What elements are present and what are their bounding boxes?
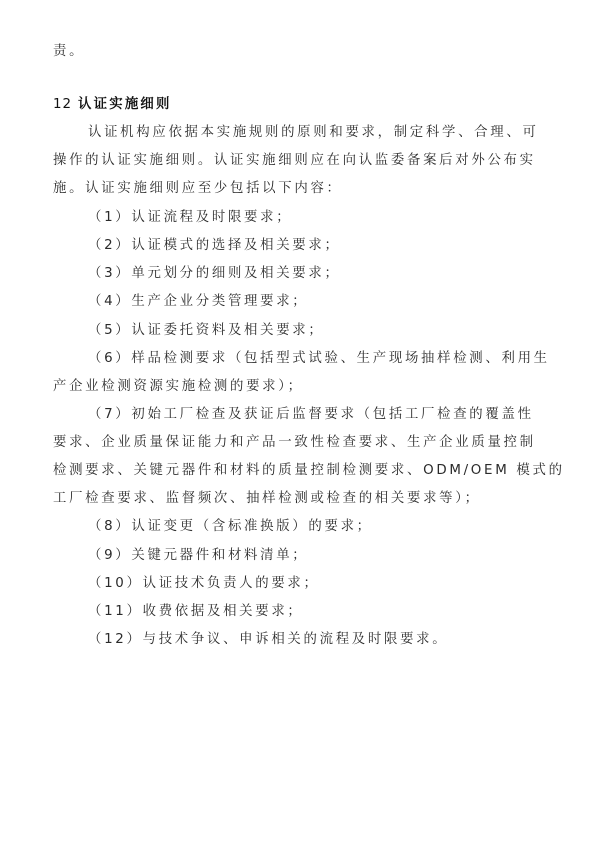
list-item-12: （12）与技术争议、申诉相关的流程及时限要求。 [88,630,578,650]
carryover-text: 责。 [53,42,543,62]
list-item-7: （7）初始工厂检查及获证后监督要求（包括工厂检查的覆盖性 [88,405,578,425]
list-item-5: （5）认证委托资料及相关要求； [88,321,578,341]
list-item-1: （1）认证流程及时限要求； [88,208,578,228]
list-item-7-cont-2: 检测要求、关键元器件和材料的质量控制检测要求、ODM/OEM 模式的 [53,461,543,481]
intro-line-1: 认证机构应依据本实施规则的原则和要求，制定科学、合理、可 [88,123,578,143]
section-number: 12 [53,97,72,112]
list-item-2: （2）认证模式的选择及相关要求； [88,236,578,256]
document-page: 责。 12认证实施细则 认证机构应依据本实施规则的原则和要求，制定科学、合理、可… [0,0,595,845]
intro-line-2: 操作的认证实施细则。认证实施细则应在向认监委备案后对外公布实 [53,151,543,171]
list-item-9: （9）关键元器件和材料清单； [88,546,578,566]
list-item-11: （11）收费依据及相关要求； [88,602,578,622]
list-item-6: （6）样品检测要求（包括型式试验、生产现场抽样检测、利用生 [88,349,578,369]
list-item-7-cont-3: 工厂检查要求、监督频次、抽样检测或检查的相关要求等）； [53,489,543,509]
list-item-3: （3）单元划分的细则及相关要求； [88,264,578,284]
list-item-4: （4）生产企业分类管理要求； [88,292,578,312]
intro-line-3: 施。认证实施细则应至少包括以下内容： [53,179,543,199]
list-item-10: （10）认证技术负责人的要求； [88,574,578,594]
section-title: 认证实施细则 [78,97,172,112]
section-heading: 12认证实施细则 [53,95,543,115]
list-item-7-cont-1: 要求、企业质量保证能力和产品一致性检查要求、生产企业质量控制 [53,433,543,453]
list-item-6-cont: 产企业检测资源实施检测的要求）； [53,377,543,397]
list-item-8: （8）认证变更（含标准换版）的要求； [88,517,578,537]
